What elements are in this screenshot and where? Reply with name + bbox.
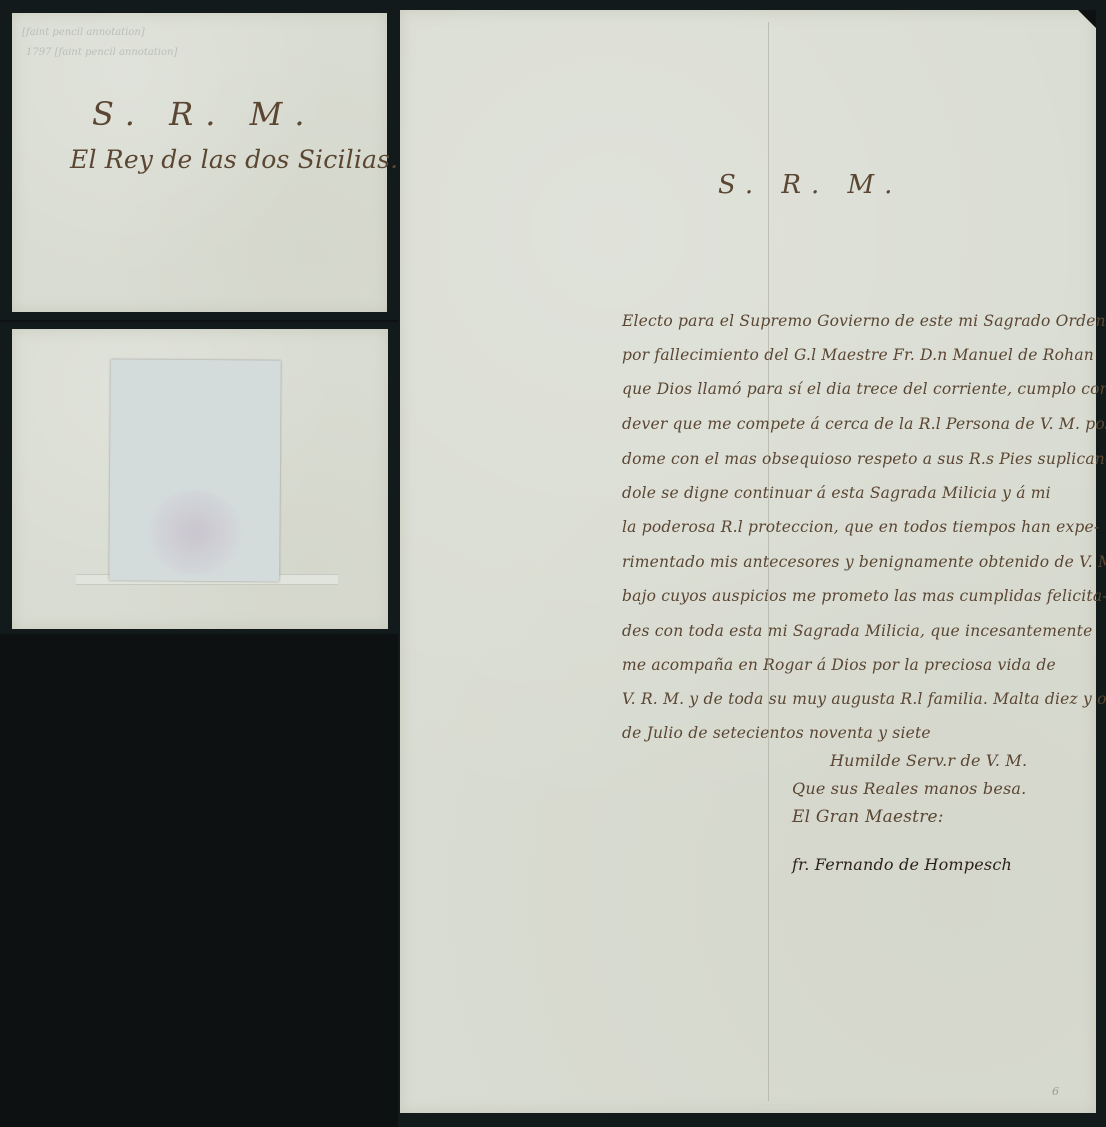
closing-line: Que sus Reales manos besa. (792, 779, 1026, 798)
closing-line: El Gran Maestre: (792, 807, 944, 827)
letter-paper: S. R. M. Electo para el Supremo Govierno… (400, 10, 1096, 1113)
envelope-front-paper: [faint pencil annotation] 1797 [faint pe… (12, 13, 387, 312)
envelope-front-panel: [faint pencil annotation] 1797 [faint pe… (0, 0, 398, 320)
closing-line: Humilde Serv.r de V. M. (830, 751, 1027, 770)
body-line: dever que me compete á cerca de la R.l P… (622, 415, 1106, 433)
body-line: por fallecimiento del G.l Maestre Fr. D.… (622, 346, 1094, 364)
envelope-back-paper (12, 329, 388, 629)
body-line: V. R. M. y de toda su muy augusta R.l fa… (622, 690, 1106, 708)
corner-fold (1078, 10, 1096, 28)
body-line: dome con el mas obsequioso respeto a sus… (622, 450, 1106, 468)
body-line: me acompaña en Rogar á Dios por la preci… (622, 656, 1056, 674)
body-line: bajo cuyos auspicios me prometo las mas … (622, 587, 1106, 605)
pencil-note-1: [faint pencil annotation] (22, 27, 145, 38)
body-line: que Dios llamó para sí el dia trece del … (622, 380, 1106, 398)
wax-seal-impression-icon (147, 490, 243, 576)
envelope-salutation: S. R. M. (92, 95, 317, 133)
body-line: la poderosa R.l proteccion, que en todos… (622, 518, 1099, 536)
seal-cover-paper (109, 359, 281, 581)
letter-panel: S. R. M. Electo para el Supremo Govierno… (398, 0, 1106, 1127)
signature: fr. Fernando de Hompesch (792, 855, 1012, 874)
letter-heading: S. R. M. (718, 170, 902, 200)
envelope-back-panel (0, 322, 398, 634)
pencil-note-2: 1797 [faint pencil annotation] (26, 47, 177, 58)
page-mark: 6 (1052, 1085, 1059, 1098)
body-line: rimentado mis antecesores y benignamente… (622, 553, 1106, 571)
envelope-address: El Rey de las dos Sicilias. (70, 145, 398, 174)
body-line: Electo para el Supremo Govierno de este … (622, 312, 1106, 330)
body-line: de Julio de setecientos noventa y siete (622, 724, 931, 742)
body-line: dole se digne continuar á esta Sagrada M… (622, 484, 1051, 502)
body-line: des con toda esta mi Sagrada Milicia, qu… (622, 622, 1093, 640)
